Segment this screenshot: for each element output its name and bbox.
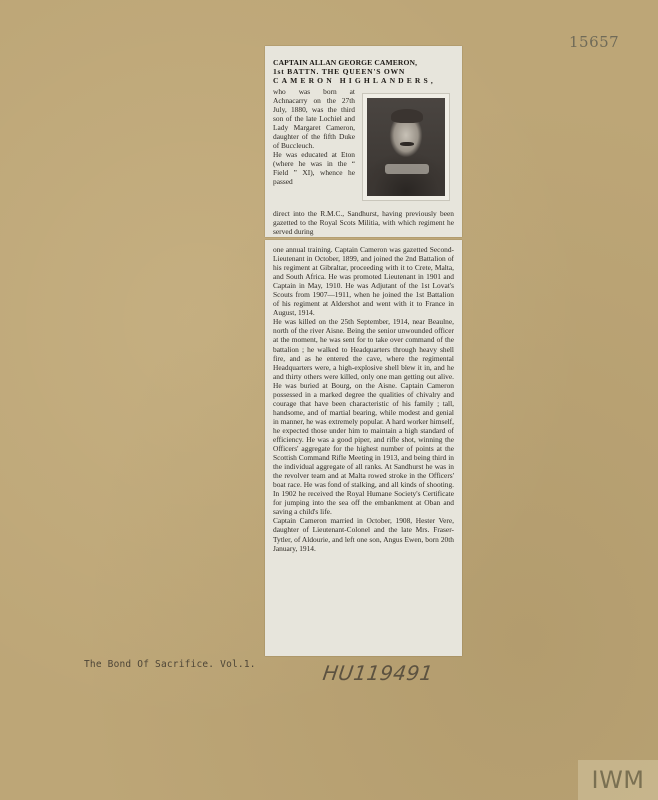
paragraph: He was educated at Eton (where he was in… [273,150,355,186]
clipping-continuation: one annual training. Captain Cameron was… [265,240,462,656]
typed-source-caption: The Bond Of Sacrifice. Vol.1. [84,659,256,670]
headline-line: CAPTAIN ALLAN GEORGE CAMERON, [273,58,454,67]
portrait-moustache [400,142,414,146]
clipping-top: CAPTAIN ALLAN GEORGE CAMERON, 1st BATTN.… [265,46,462,237]
portrait-image [367,98,445,196]
clipping-headline: CAPTAIN ALLAN GEORGE CAMERON, 1st BATTN.… [273,58,454,85]
archive-reference-number: 15657 [569,33,619,51]
paragraph: who was born at Achnacarry on the 27th J… [273,87,355,150]
continuation-text: one annual training. Captain Cameron was… [273,245,454,553]
headline-line: 1st BATTN. THE QUEEN'S OWN [273,67,454,76]
paragraph: He was killed on the 25th September, 191… [273,317,454,516]
portrait-collar [385,164,429,174]
portrait-hair [391,109,423,123]
paragraph: one annual training. Captain Cameron was… [273,245,454,317]
iwm-watermark-logo: IWM [578,760,658,800]
handwritten-reference: HU119491 [321,661,434,685]
paragraph: Captain Cameron married in October, 1908… [273,516,454,552]
headline-line: CAMERON HIGHLANDERS, [273,76,454,85]
full-width-text: direct into the R.M.C., Sandhurst, havin… [273,209,454,236]
paragraph: direct into the R.M.C., Sandhurst, havin… [273,209,454,236]
portrait-photograph-icon [362,93,450,201]
narrow-column-text: who was born at Achnacarry on the 27th J… [273,87,355,187]
